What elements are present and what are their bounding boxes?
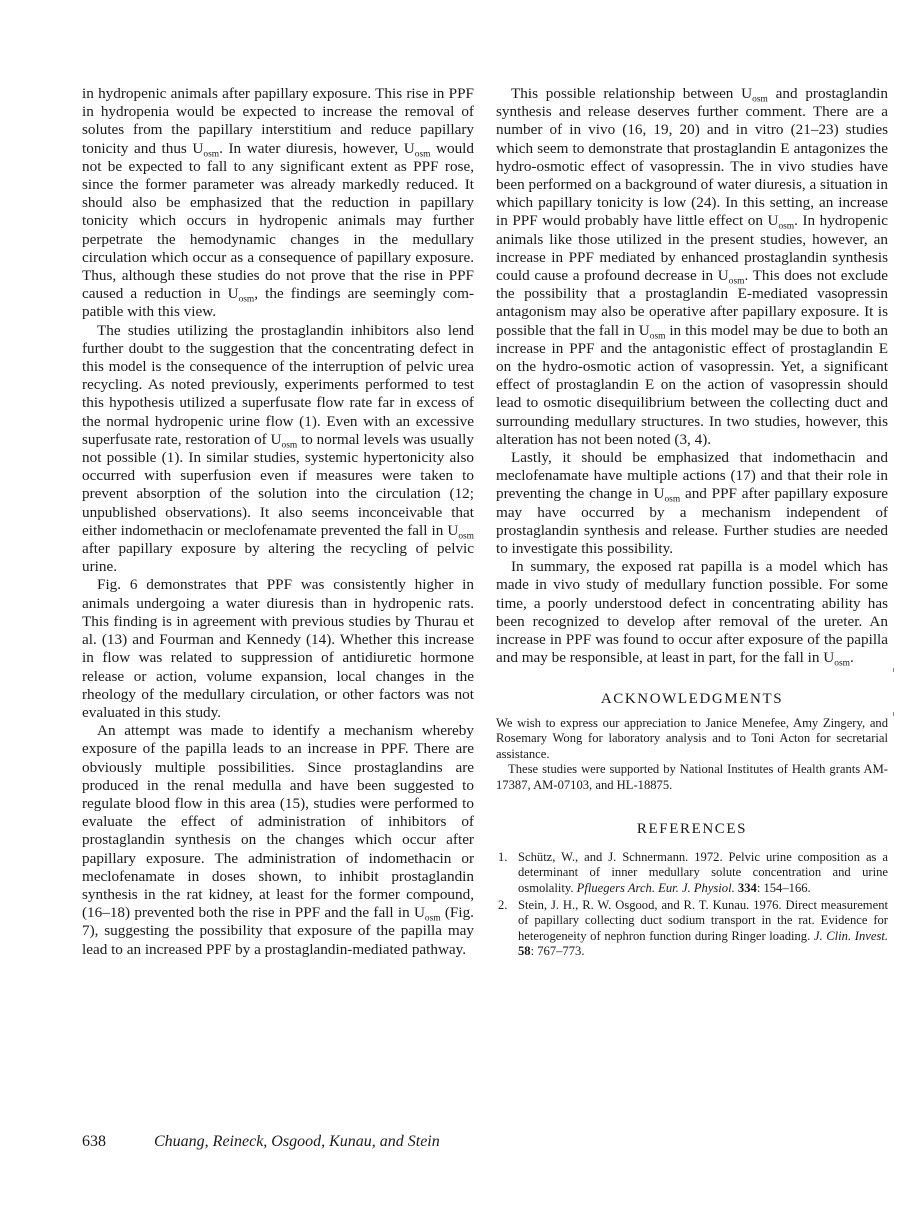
paragraph-hydropenia: in hydropenic animals after papillary ex… bbox=[82, 85, 474, 322]
reference-item: 2.Stein, J. H., R. W. Osgood, and R. T. … bbox=[496, 898, 888, 960]
reference-number: 1. bbox=[498, 850, 507, 866]
page-footer: 638 Chuang, Reineck, Osgood, Kunau, and … bbox=[82, 1133, 440, 1151]
reference-journal: J. Clin. Invest. bbox=[814, 929, 888, 943]
reference-number: 2. bbox=[498, 898, 507, 914]
text: The studies utilizing the prostaglandin … bbox=[82, 322, 474, 448]
text: would not be expected to fall to any sig… bbox=[82, 140, 474, 303]
text: in this model may be due to both an incr… bbox=[496, 322, 888, 448]
acknowledgments-text: We wish to express our appreciation to J… bbox=[496, 716, 888, 763]
page-number: 638 bbox=[82, 1133, 154, 1151]
text: In summary, the exposed rat papilla is a… bbox=[496, 558, 888, 666]
scan-mark bbox=[893, 668, 894, 672]
text: . bbox=[850, 649, 854, 666]
paragraph-mechanism: An attempt was made to identify a mechan… bbox=[82, 722, 474, 959]
references-heading: REFERENCES bbox=[496, 820, 888, 838]
references-list: 1.Schütz, W., and J. Schnermann. 1972. P… bbox=[496, 850, 888, 960]
funding-text: These studies were supported by National… bbox=[496, 762, 888, 793]
reference-volume: 58 bbox=[518, 944, 531, 958]
reference-item: 1.Schütz, W., and J. Schnermann. 1972. P… bbox=[496, 850, 888, 897]
subscript: osm bbox=[239, 295, 255, 305]
acknowledgments-heading: ACKNOWLEDGMENTS bbox=[496, 690, 888, 708]
running-authors: Chuang, Reineck, Osgood, Kunau, and Stei… bbox=[154, 1133, 440, 1151]
paragraph-prostaglandin-inhibitors: The studies utilizing the prostaglandin … bbox=[82, 322, 474, 577]
paragraph-lastly: Lastly, it should be emphasized that ind… bbox=[496, 449, 888, 558]
reference-journal: Pfluegers Arch. Eur. J. Physiol. bbox=[577, 881, 735, 895]
right-column: This possible relationship between Uosm … bbox=[496, 85, 888, 961]
text: after papillary exposure by altering the… bbox=[82, 540, 474, 575]
paragraph-relationship: This possible relationship between Uosm … bbox=[496, 85, 888, 449]
reference-volume: 334 bbox=[738, 881, 757, 895]
text: An attempt was made to identify a mechan… bbox=[82, 722, 474, 921]
text: This possible relationship between U bbox=[511, 85, 752, 102]
text: Fig. 6 demonstrates that PPF was consist… bbox=[82, 576, 474, 720]
text: and pro­staglandin synthesis and release… bbox=[496, 85, 888, 229]
reference-pages: : 154–166. bbox=[757, 881, 811, 895]
scan-mark bbox=[893, 712, 894, 716]
paragraph-summary: In summary, the exposed rat papilla is a… bbox=[496, 558, 888, 667]
reference-pages: : 767–773. bbox=[531, 944, 585, 958]
paragraph-fig6: Fig. 6 demonstrates that PPF was consist… bbox=[82, 576, 474, 722]
text: . In water diuresis, however, U bbox=[219, 140, 415, 157]
subscript: osm bbox=[834, 659, 850, 669]
left-column: in hydropenic animals after papillary ex… bbox=[82, 85, 474, 959]
